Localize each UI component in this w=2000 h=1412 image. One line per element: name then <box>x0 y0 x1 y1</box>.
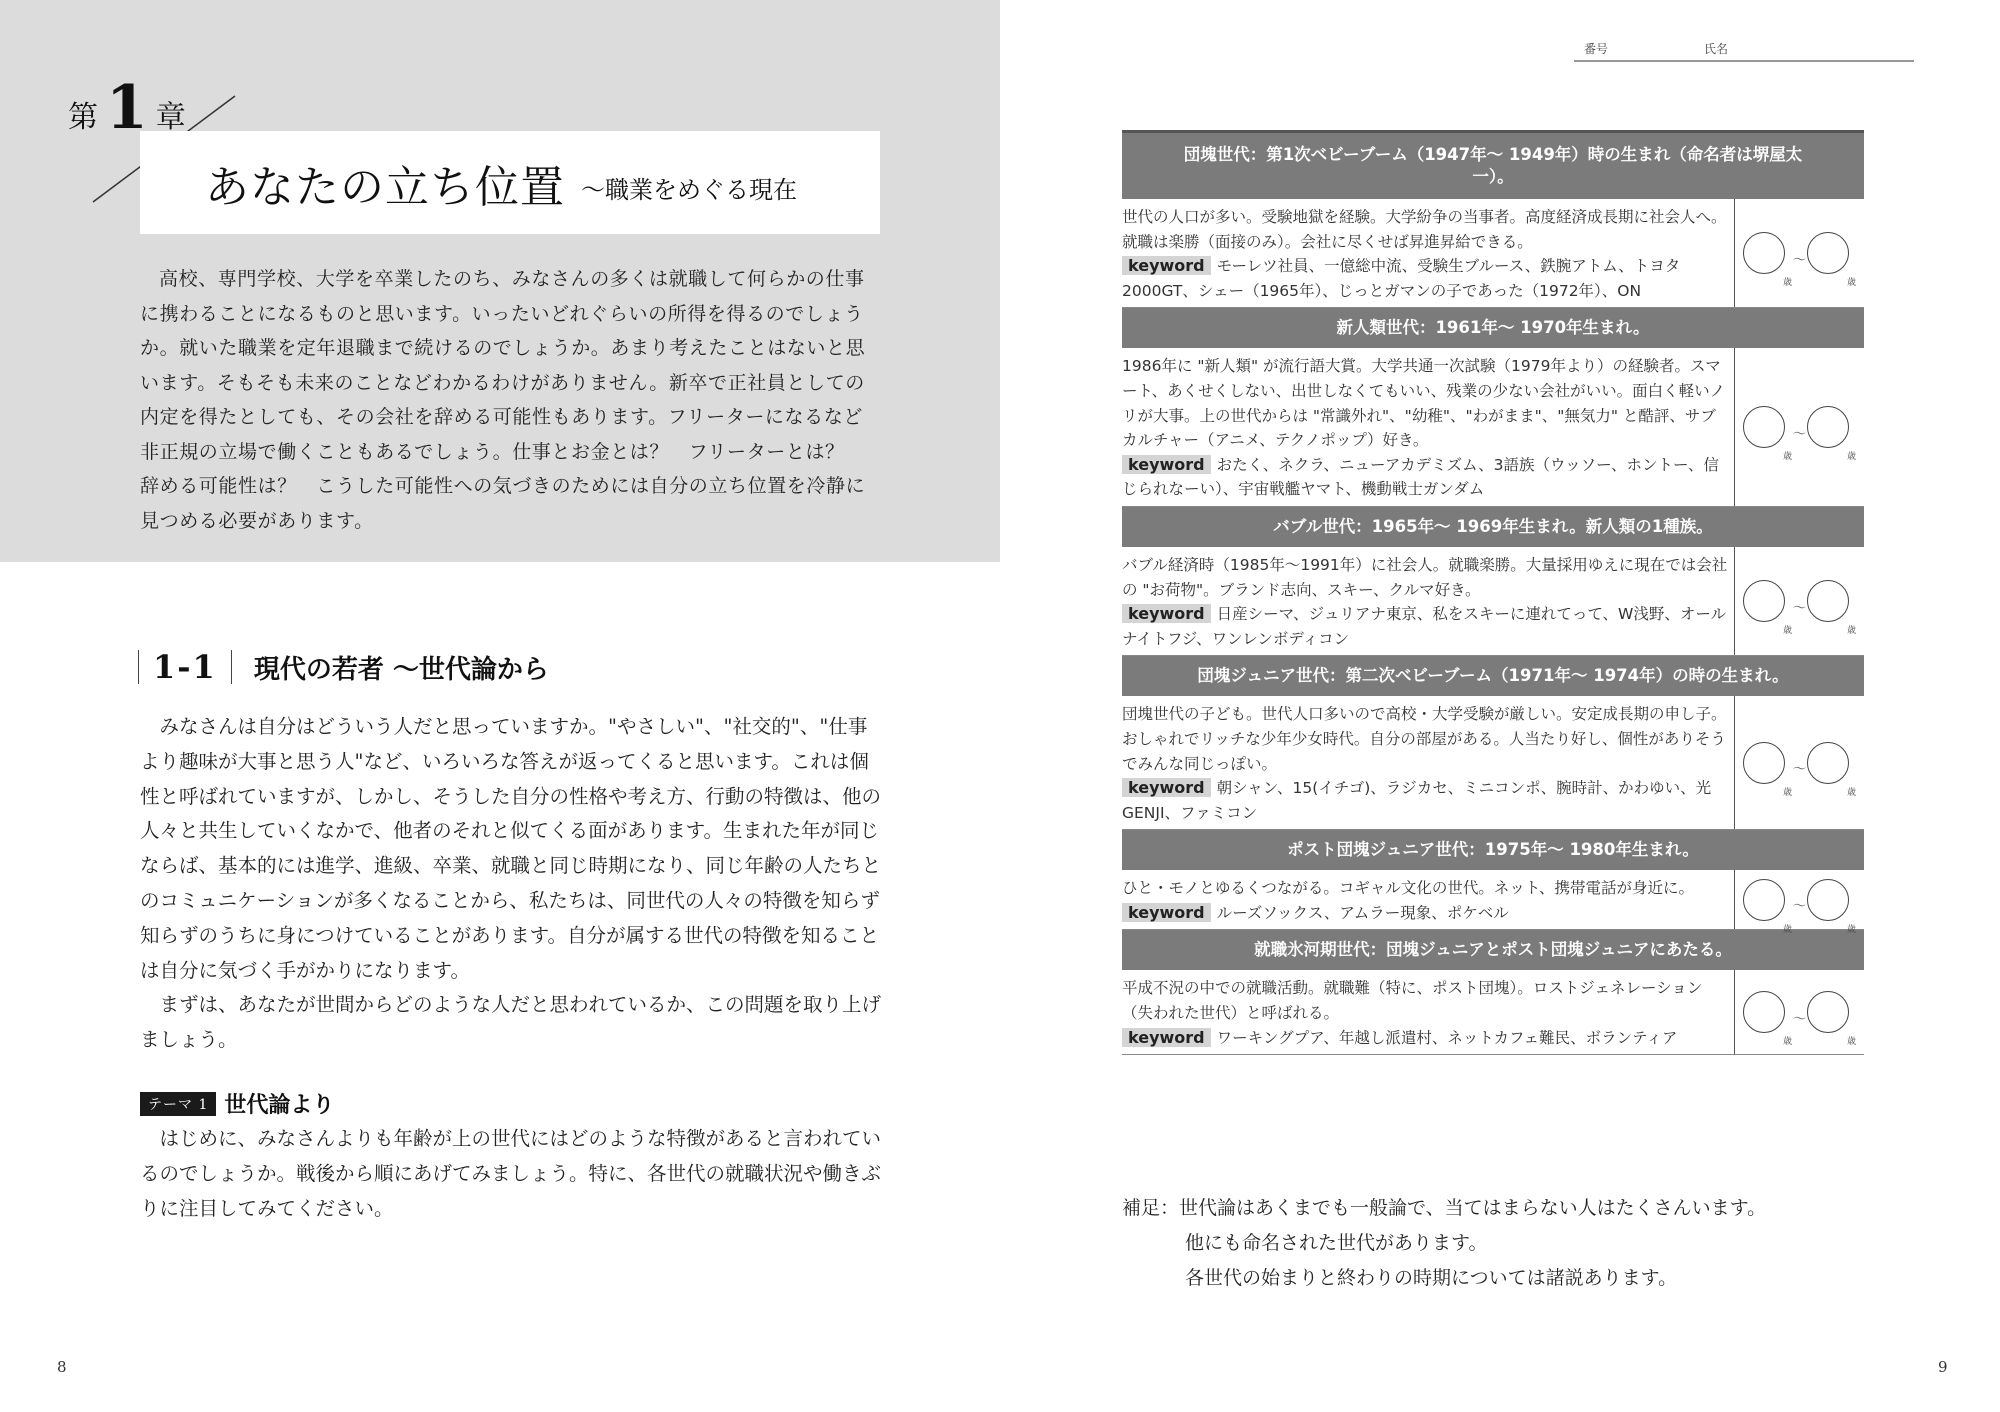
age-unit: 歳 <box>1783 449 1792 462</box>
generation-header: 団塊ジュニア世代：第二次ベビーブーム（1971年～ 1974年）の時の生まれ。 <box>1122 656 1864 696</box>
keyword-tag: keyword <box>1122 903 1211 922</box>
age-tilde: ～ <box>1793 895 1806 914</box>
keyword-list: ワーキングプア、年越し派遣村、ネットカフェ難民、ボランティア <box>1217 1029 1678 1047</box>
keyword-tag: keyword <box>1122 256 1211 275</box>
note-line: 他にも命名された世代があります。 <box>1122 1226 1902 1261</box>
age-range-input: 歳 ～ 歳 <box>1735 970 1864 1054</box>
keyword-list: 日産シーマ、ジュリアナ東京、私をスキーに連れてって、W浅野、オールナイトフジ、ワ… <box>1122 605 1726 648</box>
age-unit: 歳 <box>1783 1034 1792 1047</box>
age-unit: 歳 <box>1847 449 1856 462</box>
age-start-circle[interactable] <box>1743 580 1785 622</box>
age-start-circle[interactable] <box>1743 879 1785 921</box>
description-text: ひと・モノとゆるくつながる。コギャル文化の世代。ネット、携帯電話が身近に。 <box>1122 879 1694 897</box>
age-start-circle[interactable] <box>1743 991 1785 1033</box>
body-paragraph: みなさんは自分はどういう人だと思っていますか。"やさしい"、"社交的"、"仕事よ… <box>140 710 882 988</box>
age-tilde: ～ <box>1793 758 1806 777</box>
age-start-circle[interactable] <box>1743 406 1785 448</box>
keyword-tag: keyword <box>1122 778 1211 797</box>
age-end-circle[interactable] <box>1807 232 1849 274</box>
chapter-title-box: あなたの立ち位置 ～職業をめぐる現在 <box>140 131 880 234</box>
generation-row: 1986年に "新人類" が流行語大賞。大学共通一次試験（1979年より）の経験… <box>1122 348 1864 507</box>
note-text: 世代論はあくまでも一般論で、当てはまらない人はたくさんいます。 <box>1179 1197 1766 1219</box>
number-label: 番号 <box>1584 40 1608 57</box>
age-end-circle[interactable] <box>1807 406 1849 448</box>
description-text: 団塊世代の子ども。世代人口多いので高校・大学受験が厳しい。安定成長期の申し子。お… <box>1122 705 1727 772</box>
theme-title: 世代論より <box>224 1088 334 1119</box>
section-heading: 1-1 現代の若者 ～世代論から <box>138 648 549 686</box>
age-unit: 歳 <box>1783 275 1792 288</box>
generation-row: バブル経済時（1985年～1991年）に社会人。就職楽勝。大量採用ゆえに現在では… <box>1122 547 1864 656</box>
age-tilde: ～ <box>1793 597 1806 616</box>
age-unit: 歳 <box>1847 275 1856 288</box>
generation-header: 新人類世代：1961年～ 1970年生まれ。 <box>1122 308 1864 348</box>
note-line: 各世代の始まりと終わりの時期については諸説あります。 <box>1122 1261 1902 1296</box>
age-unit: 歳 <box>1783 785 1792 798</box>
theme-heading: テーマ 1 世代論より <box>140 1088 334 1119</box>
name-label: 氏名 <box>1704 40 1728 57</box>
age-end-circle[interactable] <box>1807 742 1849 784</box>
generation-description: 平成不況の中での就職活動。就職難（特に、ポスト団塊）。ロストジェネレーション（失… <box>1122 970 1735 1054</box>
keyword-list: ルーズソックス、アムラー現象、ポケベル <box>1217 904 1509 922</box>
note-label: 補足： <box>1122 1197 1179 1219</box>
generation-row: 平成不況の中での就職活動。就職難（特に、ポスト団塊）。ロストジェネレーション（失… <box>1122 970 1864 1055</box>
age-unit: 歳 <box>1847 785 1856 798</box>
description-text: 平成不況の中での就職活動。就職難（特に、ポスト団塊）。ロストジェネレーション（失… <box>1122 979 1702 1022</box>
age-unit: 歳 <box>1847 922 1856 935</box>
age-range-input: 歳 ～ 歳 <box>1735 870 1864 929</box>
generation-description: 団塊世代の子ども。世代人口多いので高校・大学受験が厳しい。安定成長期の申し子。お… <box>1122 696 1735 829</box>
age-unit: 歳 <box>1847 623 1856 636</box>
generation-header: ポスト団塊ジュニア世代：1975年～ 1980年生まれ。 <box>1122 830 1864 870</box>
generation-header: 団塊世代：第1次ベビーブーム（1947年～ 1949年）時の生まれ（命名者は堺屋… <box>1122 133 1864 199</box>
student-info-field[interactable]: 番号 氏名 <box>1574 36 1914 62</box>
age-end-circle[interactable] <box>1807 580 1849 622</box>
age-start-circle[interactable] <box>1743 742 1785 784</box>
description-text: 1986年に "新人類" が流行語大賞。大学共通一次試験（1979年より）の経験… <box>1122 357 1725 449</box>
chapter-subtitle: ～職業をめぐる現在 <box>581 170 797 205</box>
generation-description: 1986年に "新人類" が流行語大賞。大学共通一次試験（1979年より）の経験… <box>1122 348 1735 506</box>
keyword-tag: keyword <box>1122 455 1211 474</box>
generation-header: バブル世代：1965年～ 1969年生まれ。新人類の1種族。 <box>1122 507 1864 547</box>
description-text: 世代の人口が多い。受験地獄を経験。大学紛争の当事者。高度経済成長期に社会人へ。就… <box>1122 208 1727 251</box>
age-tilde: ～ <box>1793 249 1806 268</box>
keyword-list: おたく、ネクラ、ニューアカデミズム、3語族（ウッソー、ホントー、信じられなーい）… <box>1122 456 1719 499</box>
theme-badge: テーマ 1 <box>140 1092 216 1116</box>
age-end-circle[interactable] <box>1807 879 1849 921</box>
age-unit: 歳 <box>1783 623 1792 636</box>
section-divider <box>231 650 232 684</box>
age-range-input: 歳 ～ 歳 <box>1735 348 1864 506</box>
age-end-circle[interactable] <box>1807 991 1849 1033</box>
body-paragraph: まずは、あなたが世間からどのような人だと思われているか、この問題を取り上げましょ… <box>140 988 882 1058</box>
age-start-circle[interactable] <box>1743 232 1785 274</box>
section-number: 1-1 <box>139 648 231 686</box>
age-unit: 歳 <box>1783 922 1792 935</box>
keyword-tag: keyword <box>1122 604 1211 623</box>
age-range-input: 歳 ～ 歳 <box>1735 199 1864 307</box>
keyword-tag: keyword <box>1122 1028 1211 1047</box>
note-line: 補足：世代論はあくまでも一般論で、当てはまらない人はたくさんいます。 <box>1122 1191 1902 1226</box>
supplementary-note: 補足：世代論はあくまでも一般論で、当てはまらない人はたくさんいます。 他にも命名… <box>1122 1191 1902 1296</box>
section-title: 現代の若者 ～世代論から <box>254 649 549 686</box>
section-body: みなさんは自分はどういう人だと思っていますか。"やさしい"、"社交的"、"仕事よ… <box>140 710 882 1058</box>
age-range-input: 歳 ～ 歳 <box>1735 547 1864 655</box>
page-number-right: 9 <box>1938 1358 1948 1376</box>
generation-row: ひと・モノとゆるくつながる。コギャル文化の世代。ネット、携帯電話が身近に。 ke… <box>1122 870 1864 930</box>
age-tilde: ～ <box>1793 423 1806 442</box>
theme-body: はじめに、みなさんよりも年齢が上の世代にはどのような特徴があると言われているので… <box>140 1122 882 1226</box>
description-text: バブル経済時（1985年～1991年）に社会人。就職楽勝。大量採用ゆえに現在では… <box>1122 556 1727 599</box>
intro-text: 高校、専門学校、大学を卒業したのち、みなさんの多くは就職して何らかの仕事に携わる… <box>140 262 882 538</box>
age-unit: 歳 <box>1847 1034 1856 1047</box>
page-number-left: 8 <box>57 1358 67 1376</box>
generation-description: 世代の人口が多い。受験地獄を経験。大学紛争の当事者。高度経済成長期に社会人へ。就… <box>1122 199 1735 307</box>
generation-description: ひと・モノとゆるくつながる。コギャル文化の世代。ネット、携帯電話が身近に。 ke… <box>1122 870 1735 929</box>
intro-paragraph: 高校、専門学校、大学を卒業したのち、みなさんの多くは就職して何らかの仕事に携わる… <box>140 262 882 538</box>
chapter-title: あなたの立ち位置 <box>205 151 565 215</box>
generation-row: 団塊世代の子ども。世代人口多いので高校・大学受験が厳しい。安定成長期の申し子。お… <box>1122 696 1864 830</box>
theme-paragraph: はじめに、みなさんよりも年齢が上の世代にはどのような特徴があると言われているので… <box>140 1122 882 1226</box>
generation-description: バブル経済時（1985年～1991年）に社会人。就職楽勝。大量採用ゆえに現在では… <box>1122 547 1735 655</box>
age-tilde: ～ <box>1793 1008 1806 1027</box>
generation-table: 団塊世代：第1次ベビーブーム（1947年～ 1949年）時の生まれ（命名者は堺屋… <box>1122 130 1864 1055</box>
age-range-input: 歳 ～ 歳 <box>1735 696 1864 829</box>
generation-row: 世代の人口が多い。受験地獄を経験。大学紛争の当事者。高度経済成長期に社会人へ。就… <box>1122 199 1864 308</box>
generation-header: 就職氷河期世代：団塊ジュニアとポスト団塊ジュニアにあたる。 <box>1122 930 1864 970</box>
